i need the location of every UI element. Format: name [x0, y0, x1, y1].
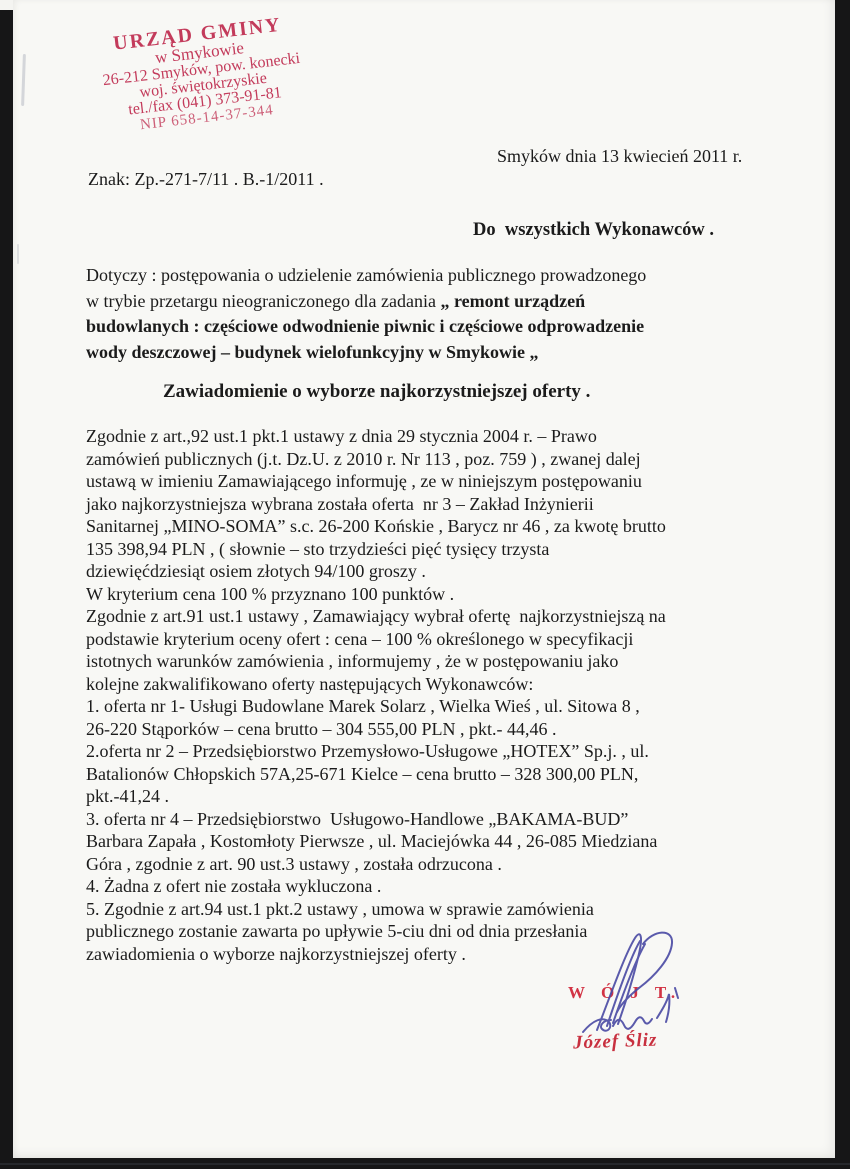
subject-line-2-normal: w trybie przetargu nieograniczonego dla …	[86, 291, 441, 311]
body-line: zamówień publicznych (j.t. Dz.U. z 2010 …	[86, 448, 816, 471]
scan-edge-sheen	[0, 1163, 850, 1165]
reference-number: Znak: Zp.-271-7/11 . B.-1/2011 .	[88, 169, 324, 190]
body-line: 1. oferta nr 1- Usługi Budowlane Marek S…	[86, 695, 816, 718]
body-line: Zgodnie z art.,92 ust.1 pkt.1 ustawy z d…	[86, 425, 816, 448]
body-line: dziewięćdziesiąt osiem złotych 94/100 gr…	[86, 560, 816, 583]
subject-paragraph: Dotyczy : postępowania o udzielenie zamó…	[86, 263, 786, 365]
body-line: ustawą w imieniu Zamawiającego informuję…	[86, 470, 816, 493]
body-line: Sanitarnej „MINO-SOMA” s.c. 26-200 Końsk…	[86, 515, 816, 538]
body-line: 135 398,94 PLN , ( słownie – sto trzydzi…	[86, 538, 816, 561]
body-line: 4. Żadna z ofert nie została wykluczona …	[86, 875, 816, 898]
body-line: Zgodnie z art.91 ust.1 ustawy , Zamawiaj…	[86, 605, 816, 628]
body-line: W kryterium cena 100 % przyznano 100 pun…	[86, 583, 816, 606]
subject-line-2-bold: „ remont urządzeń	[441, 291, 586, 311]
subject-line-1: Dotyczy : postępowania o udzielenie zamó…	[86, 265, 646, 285]
subject-line-3: budowlanych : częściowe odwodnienie piwn…	[86, 314, 786, 340]
recipient-line: Do wszystkich Wykonawców .	[473, 220, 714, 241]
body-line: Góra , zgodnie z art. 90 ust.3 ustawy , …	[86, 853, 816, 876]
body-line: kolejne zakwalifikowano oferty następują…	[86, 673, 816, 696]
body-line: jako najkorzystniejsza wybrana została o…	[86, 493, 816, 516]
body-line: 3. oferta nr 4 – Przedsiębiorstwo Usługo…	[86, 808, 816, 831]
body-text: Zgodnie z art.,92 ust.1 pkt.1 ustawy z d…	[86, 425, 816, 965]
body-line: pkt.-41,24 .	[86, 785, 816, 808]
office-stamp: URZĄD GMINY w Smykowie 26-212 Smyków, po…	[66, 9, 338, 140]
body-line: Batalionów Chłopskich 57A,25-671 Kielce …	[86, 763, 816, 786]
body-line: podstawie kryterium oceny ofert : cena –…	[86, 628, 816, 651]
place-date: Smyków dnia 13 kwiecień 2011 r.	[497, 146, 742, 167]
body-line: Barbara Zapała , Kostomłoty Pierwsze , u…	[86, 830, 816, 853]
body-line: 2.oferta nr 2 – Przedsiębiorstwo Przemys…	[86, 740, 816, 763]
document-paper: URZĄD GMINY w Smykowie 26-212 Smyków, po…	[13, 0, 835, 1158]
scan-artifact	[21, 54, 26, 106]
subject-line-4: wody deszczowej – budynek wielofunkcyjny…	[86, 340, 786, 366]
scanner-background: URZĄD GMINY w Smykowie 26-212 Smyków, po…	[0, 0, 850, 1169]
paper-notch	[0, 0, 13, 10]
signatory-name: Józef Śliz	[573, 1030, 658, 1055]
body-line: 26-220 Stąporków – cena brutto – 304 555…	[86, 718, 816, 741]
body-line: istotnych warunków zamówienia , informuj…	[86, 650, 816, 673]
scan-artifact	[17, 244, 19, 264]
body-line: 5. Zgodnie z art.94 ust.1 pkt.2 ustawy ,…	[86, 898, 816, 921]
notice-title: Zawiadomienie o wyborze najkorzystniejsz…	[163, 381, 590, 403]
